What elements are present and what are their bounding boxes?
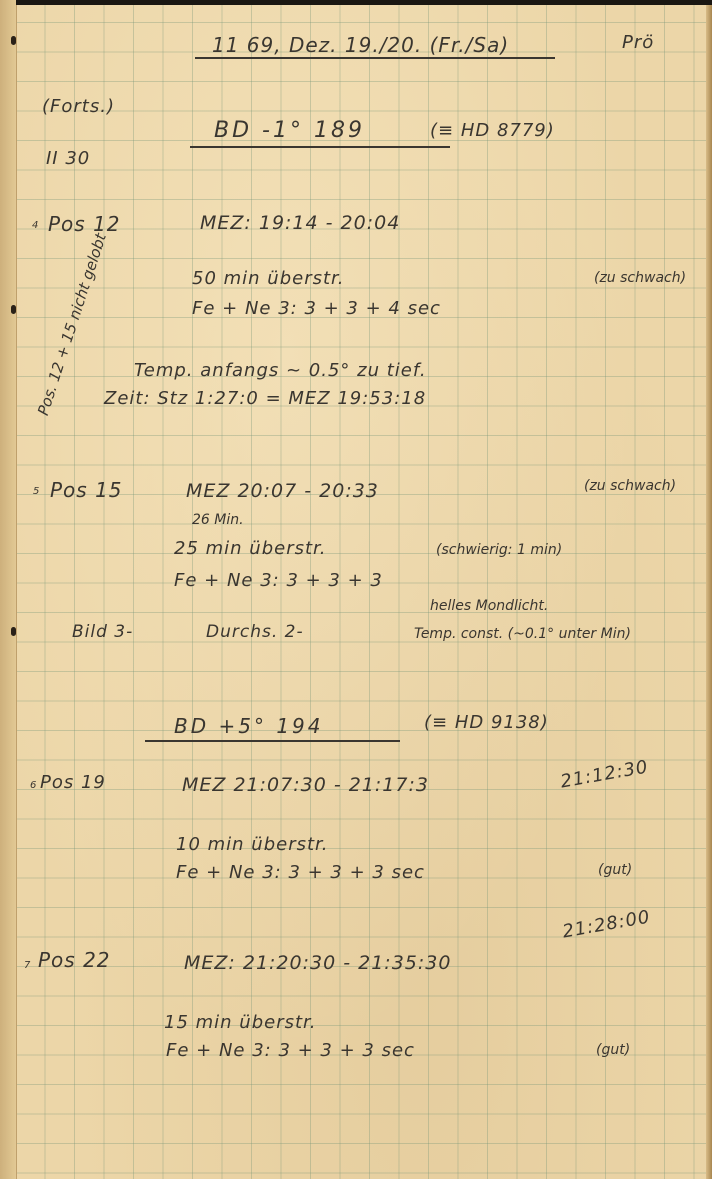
observation-position: Pos 19: [40, 772, 106, 793]
observation-quality: (zu schwach): [584, 478, 676, 494]
observation-index: 4: [32, 220, 39, 231]
observation-comparison: Fe + Ne 3: 3 + 3 + 4 sec: [192, 298, 441, 319]
binding-hole: [11, 627, 16, 636]
durchs-label: Durchs. 2-: [206, 622, 304, 642]
observation-comparison: Fe + Ne 3: 3 + 3 + 3 sec: [176, 862, 425, 883]
observation-position: Pos 12: [48, 212, 121, 236]
top-edge: [16, 0, 712, 5]
observation-position: Pos 22: [38, 948, 111, 972]
observation-note: Zeit: Stz 1:27:0 = MEZ 19:53:18: [104, 388, 426, 409]
binding-hole: [11, 305, 16, 314]
star-designation: BD +5° 194: [174, 714, 324, 738]
page-title: 11 69, Dez. 19./20. (Fr./Sa): [212, 33, 509, 57]
observation-note: Temp. const. (~0.1° unter Min): [414, 626, 631, 642]
observation-comparison: Fe + Ne 3: 3 + 3 + 3: [174, 570, 383, 591]
star-underline: [145, 740, 400, 742]
observation-time-range: MEZ: 19:14 - 20:04: [200, 212, 400, 234]
star-underline: [190, 146, 450, 148]
star-cross-ref: (≡ HD 9138): [424, 712, 549, 733]
observation-duration: 26 Min.: [192, 512, 244, 528]
bild-label: Bild 3-: [72, 622, 133, 642]
observation-time-range: MEZ 20:07 - 20:33: [186, 480, 379, 502]
observation-position: Pos 15: [50, 478, 123, 502]
observation-quality: (gut): [596, 1042, 630, 1058]
observation-time-range: MEZ 21:07:30 - 21:17:3: [182, 774, 429, 796]
observation-index: 7: [24, 960, 31, 971]
observer-mark: Prö: [622, 32, 654, 53]
observation-exposure-note: (schwierig: 1 min): [436, 542, 562, 558]
observation-quality: (zu schwach): [594, 270, 686, 286]
page-edge: [706, 0, 712, 1179]
observation-exposure: 25 min überstr.: [174, 538, 327, 559]
observation-exposure: 10 min überstr.: [176, 834, 329, 855]
observation-index: 6: [30, 780, 37, 791]
observation-exposure: 15 min überstr.: [164, 1012, 317, 1033]
observation-time-range: MEZ: 21:20:30 - 21:35:30: [184, 952, 451, 974]
observation-note: helles Mondlicht.: [430, 598, 548, 614]
observation-note: Temp. anfangs ~ 0.5° zu tief.: [134, 360, 427, 381]
observation-exposure: 50 min überstr.: [192, 268, 345, 289]
title-underline: [195, 57, 555, 59]
observation-index: 5: [33, 486, 40, 497]
plate-reference: II 30: [46, 148, 90, 169]
continuation-label: (Forts.): [42, 96, 115, 117]
star-designation: BD -1° 189: [214, 118, 365, 143]
star-cross-ref: (≡ HD 8779): [430, 120, 555, 141]
observation-comparison: Fe + Ne 3: 3 + 3 + 3 sec: [166, 1040, 415, 1061]
observation-quality: (gut): [598, 862, 632, 878]
binding-hole: [11, 36, 16, 45]
page-binding: [0, 0, 17, 1179]
